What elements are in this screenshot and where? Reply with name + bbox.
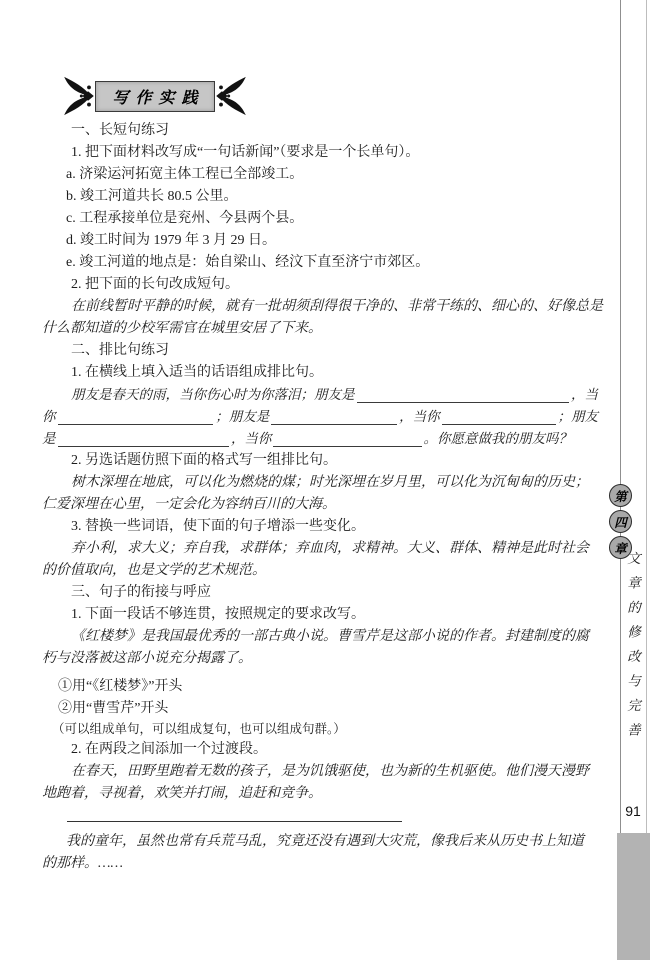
section-heading: 二、排比句练习 — [42, 340, 598, 362]
excerpt-line: 在前线暂时平静的时候，就有一批胡须刮得很干净的、非常干练的、细心的、好像总是 — [42, 296, 598, 318]
chapter-badge-char: 四 — [609, 510, 632, 533]
list-item: a. 济梁运河拓宽主体工程已全部竣工。 — [42, 164, 598, 186]
text-line: 2. 把下面的长句改成短句。 — [42, 274, 598, 296]
section-heading: 三、句子的衔接与呼应 — [42, 582, 598, 604]
answer-blank — [58, 432, 229, 447]
margin-gray-block — [617, 833, 650, 960]
answer-blank — [273, 432, 421, 447]
excerpt-line: 树木深埋在地底，可以化为燃烧的煤；时光深埋在岁月里，可以化为沉甸甸的历史； — [42, 472, 598, 494]
page-number: 91 — [618, 803, 648, 819]
floral-ornament-icon — [215, 75, 248, 117]
fill-text: ；朋友 — [558, 406, 599, 428]
fill-text: 你 — [42, 406, 56, 428]
note-line: （可以组成单句，可以组成复句，也可以组成句群。） — [42, 720, 598, 739]
chapter-badge: 第 四 章 — [609, 484, 632, 559]
excerpt-divider — [67, 821, 402, 822]
text-line: ②用“曹雪芹”开头 — [42, 698, 598, 720]
answer-blank — [271, 410, 397, 425]
text-line: 1. 在横线上填入适当的话语组成排比句。 — [42, 362, 598, 384]
page-body: 一、长短句练习 1. 把下面材料改写成“一句话新闻”（要求是一个长单句）。 a.… — [42, 120, 598, 875]
text-line: 2. 在两段之间添加一个过渡段。 — [42, 739, 598, 761]
text-line: 1. 下面一段话不够连贯，按照规定的要求改写。 — [42, 604, 598, 626]
answer-blank — [442, 410, 556, 425]
banner-bar: 写作实践 — [95, 81, 215, 112]
section-heading: 一、长短句练习 — [42, 120, 598, 142]
page-edge-rule — [646, 0, 647, 833]
excerpt-line: 什么都知道的少校军需官在城里安居了下来。 — [42, 318, 598, 340]
fill-text: ，当 — [571, 384, 598, 406]
answer-blank — [357, 388, 570, 403]
banner-title: 写作实践 — [105, 85, 204, 108]
text-line: 2. 另选话题仿照下面的格式写一组排比句。 — [42, 450, 598, 472]
excerpt-line: 《红楼梦》是我国最优秀的一部古典小说。曹雪芹是这部小说的作者。封建制度的腐 — [42, 626, 598, 648]
chapter-rule — [620, 0, 621, 833]
text-line: 1. 把下面材料改写成“一句话新闻”（要求是一个长单句）。 — [42, 142, 598, 164]
answer-blank — [58, 410, 214, 425]
list-item: d. 竣工时间为 1979 年 3 月 29 日。 — [42, 230, 598, 252]
floral-ornament-icon — [62, 75, 95, 117]
text-line: ①用“《红楼梦》”开头 — [42, 676, 598, 698]
fill-text: 是 — [42, 428, 56, 450]
fill-text: ，当你 — [399, 406, 440, 428]
chapter-badge-char: 第 — [609, 484, 632, 507]
fill-blank-line: 是 ，当你 。你愿意做我的朋友吗？ — [42, 428, 572, 450]
list-item: e. 竣工河道的地点是：始自梁山、经汶下直至济宁市郊区。 — [42, 252, 598, 274]
fill-text: 朋友是春天的雨，当你伤心时为你落泪；朋友是 — [71, 384, 355, 406]
fill-blank-line: 你 ；朋友是 ，当你 ；朋友 — [42, 406, 598, 428]
excerpt-line: 的那样。…… — [42, 853, 598, 875]
excerpt-line: 我的童年，虽然也常有兵荒马乱，究竟还没有遇到大灾荒，像我后来从历史书上知道 — [42, 831, 598, 853]
fill-blank-line: 朋友是春天的雨，当你伤心时为你落泪；朋友是 ，当 — [42, 384, 598, 406]
fill-text: 。你愿意做我的朋友吗？ — [424, 428, 573, 450]
text-line: 3. 替换一些词语，使下面的句子增添一些变化。 — [42, 516, 598, 538]
list-item: c. 工程承接单位是兖州、今县两个县。 — [42, 208, 598, 230]
excerpt-line: 在春天，田野里跑着无数的孩子，是为饥饿驱使，也为新的生机驱使。他们漫天漫野 — [42, 761, 598, 783]
list-item: b. 竣工河道共长 80.5 公里。 — [42, 186, 598, 208]
fill-text: ；朋友是 — [215, 406, 269, 428]
excerpt-line: 仁爱深埋在心里，一定会化为容纳百川的大海。 — [42, 494, 598, 516]
excerpt-line: 地跑着，寻视着，欢笑并打闹，追赶和竞争。 — [42, 783, 598, 805]
excerpt-line: 朽与没落被这部小说充分揭露了。 — [42, 648, 598, 670]
fill-text: ，当你 — [231, 428, 272, 450]
section-banner: 写作实践 — [62, 75, 248, 117]
excerpt-line: 弃小利，求大义；弃自我，求群体；弃血肉，求精神。大义、群体、精神是此时社会 — [42, 538, 598, 560]
chapter-title: 文章的修改与完善 — [622, 551, 642, 747]
excerpt-line: 的价值取向，也是文学的艺术规范。 — [42, 560, 598, 582]
